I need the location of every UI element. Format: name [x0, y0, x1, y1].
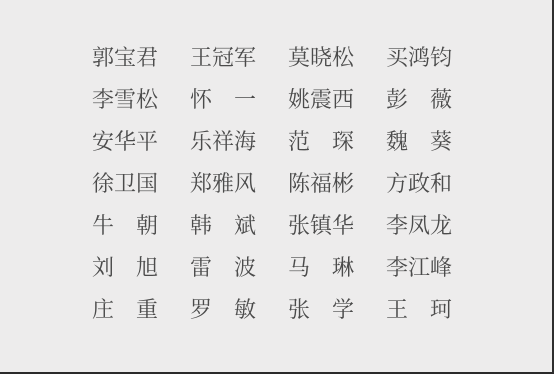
- name-char: 郑: [190, 173, 212, 195]
- name-char: 张: [288, 299, 310, 321]
- name-cell: 雷波: [190, 247, 256, 289]
- name-char: 斌: [234, 215, 256, 237]
- screenshot-canvas: 郭宝君王冠军莫晓松买鸿钧李雪松怀一姚震西彭薇安华平乐祥海范琛魏葵徐卫国郑雅风陈福…: [0, 0, 554, 374]
- name-cell: 陈福彬: [288, 163, 354, 205]
- name-cell: 王冠军: [190, 37, 256, 79]
- name-char: 魏: [386, 131, 408, 153]
- name-char: 军: [234, 47, 256, 69]
- name-char: 和: [430, 173, 452, 195]
- name-char: 姚: [288, 89, 310, 111]
- name-char: 李: [92, 89, 114, 111]
- name-char: 珂: [430, 299, 452, 321]
- name-cell: 莫晓松: [288, 37, 354, 79]
- name-char: 罗: [190, 299, 212, 321]
- name-cell: 怀一: [190, 79, 256, 121]
- name-char: 范: [288, 131, 310, 153]
- name-char: 福: [310, 173, 332, 195]
- name-char: 钧: [430, 47, 452, 69]
- name-char: 敏: [234, 299, 256, 321]
- name-cell: 刘旭: [92, 247, 158, 289]
- name-char: 宝: [114, 47, 136, 69]
- name-char: 朝: [136, 215, 158, 237]
- name-cell: 郭宝君: [92, 37, 158, 79]
- name-cell: 李凤龙: [386, 205, 452, 247]
- name-cell: 乐祥海: [190, 121, 256, 163]
- name-cell: 牛朝: [92, 205, 158, 247]
- name-cell: 姚震西: [288, 79, 354, 121]
- name-cell: 罗敏: [190, 289, 256, 331]
- name-cell: 范琛: [288, 121, 354, 163]
- name-char: 雷: [190, 257, 212, 279]
- name-char: 旭: [136, 257, 158, 279]
- name-char: 莫: [288, 47, 310, 69]
- name-cell: 李江峰: [386, 247, 452, 289]
- name-char: 雪: [114, 89, 136, 111]
- name-char: 李: [386, 215, 408, 237]
- name-cell: 彭薇: [386, 79, 452, 121]
- name-char: 龙: [430, 215, 452, 237]
- name-char: 平: [136, 131, 158, 153]
- name-char: 海: [234, 131, 256, 153]
- name-char: 冠: [212, 47, 234, 69]
- name-char: 西: [332, 89, 354, 111]
- name-char: 学: [332, 299, 354, 321]
- name-char: 张: [288, 215, 310, 237]
- name-char: 马: [288, 257, 310, 279]
- name-char: 祥: [212, 131, 234, 153]
- name-char: 松: [136, 89, 158, 111]
- name-cell: 张学: [288, 289, 354, 331]
- name-char: 琛: [332, 131, 354, 153]
- name-char: 峰: [430, 257, 452, 279]
- name-char: 镇: [310, 215, 332, 237]
- name-grid: 郭宝君王冠军莫晓松买鸿钧李雪松怀一姚震西彭薇安华平乐祥海范琛魏葵徐卫国郑雅风陈福…: [92, 37, 452, 331]
- name-char: 庄: [92, 299, 114, 321]
- name-char: 郭: [92, 47, 114, 69]
- name-cell: 韩斌: [190, 205, 256, 247]
- name-char: 彬: [332, 173, 354, 195]
- name-char: 韩: [190, 215, 212, 237]
- name-char: 华: [332, 215, 354, 237]
- name-char: 怀: [190, 89, 212, 111]
- name-cell: 王珂: [386, 289, 452, 331]
- name-cell: 李雪松: [92, 79, 158, 121]
- name-char: 波: [234, 257, 256, 279]
- name-cell: 买鸿钧: [386, 37, 452, 79]
- name-char: 李: [386, 257, 408, 279]
- name-char: 牛: [92, 215, 114, 237]
- name-char: 琳: [332, 257, 354, 279]
- name-cell: 郑雅风: [190, 163, 256, 205]
- name-char: 王: [190, 47, 212, 69]
- name-char: 一: [234, 89, 256, 111]
- name-cell: 魏葵: [386, 121, 452, 163]
- name-cell: 安华平: [92, 121, 158, 163]
- name-char: 王: [386, 299, 408, 321]
- name-char: 国: [136, 173, 158, 195]
- name-cell: 张镇华: [288, 205, 354, 247]
- name-char: 政: [408, 173, 430, 195]
- name-char: 买: [386, 47, 408, 69]
- name-char: 方: [386, 173, 408, 195]
- name-char: 陈: [288, 173, 310, 195]
- name-char: 卫: [114, 173, 136, 195]
- name-cell: 庄重: [92, 289, 158, 331]
- name-char: 薇: [430, 89, 452, 111]
- name-char: 凤: [408, 215, 430, 237]
- name-char: 葵: [430, 131, 452, 153]
- name-cell: 方政和: [386, 163, 452, 205]
- name-char: 江: [408, 257, 430, 279]
- name-char: 华: [114, 131, 136, 153]
- name-char: 刘: [92, 257, 114, 279]
- name-char: 松: [332, 47, 354, 69]
- name-char: 重: [136, 299, 158, 321]
- name-char: 晓: [310, 47, 332, 69]
- name-cell: 徐卫国: [92, 163, 158, 205]
- name-cell: 马琳: [288, 247, 354, 289]
- name-char: 震: [310, 89, 332, 111]
- name-char: 君: [136, 47, 158, 69]
- name-char: 鸿: [408, 47, 430, 69]
- name-char: 雅: [212, 173, 234, 195]
- name-char: 徐: [92, 173, 114, 195]
- name-char: 彭: [386, 89, 408, 111]
- name-char: 乐: [190, 131, 212, 153]
- name-char: 安: [92, 131, 114, 153]
- name-char: 风: [234, 173, 256, 195]
